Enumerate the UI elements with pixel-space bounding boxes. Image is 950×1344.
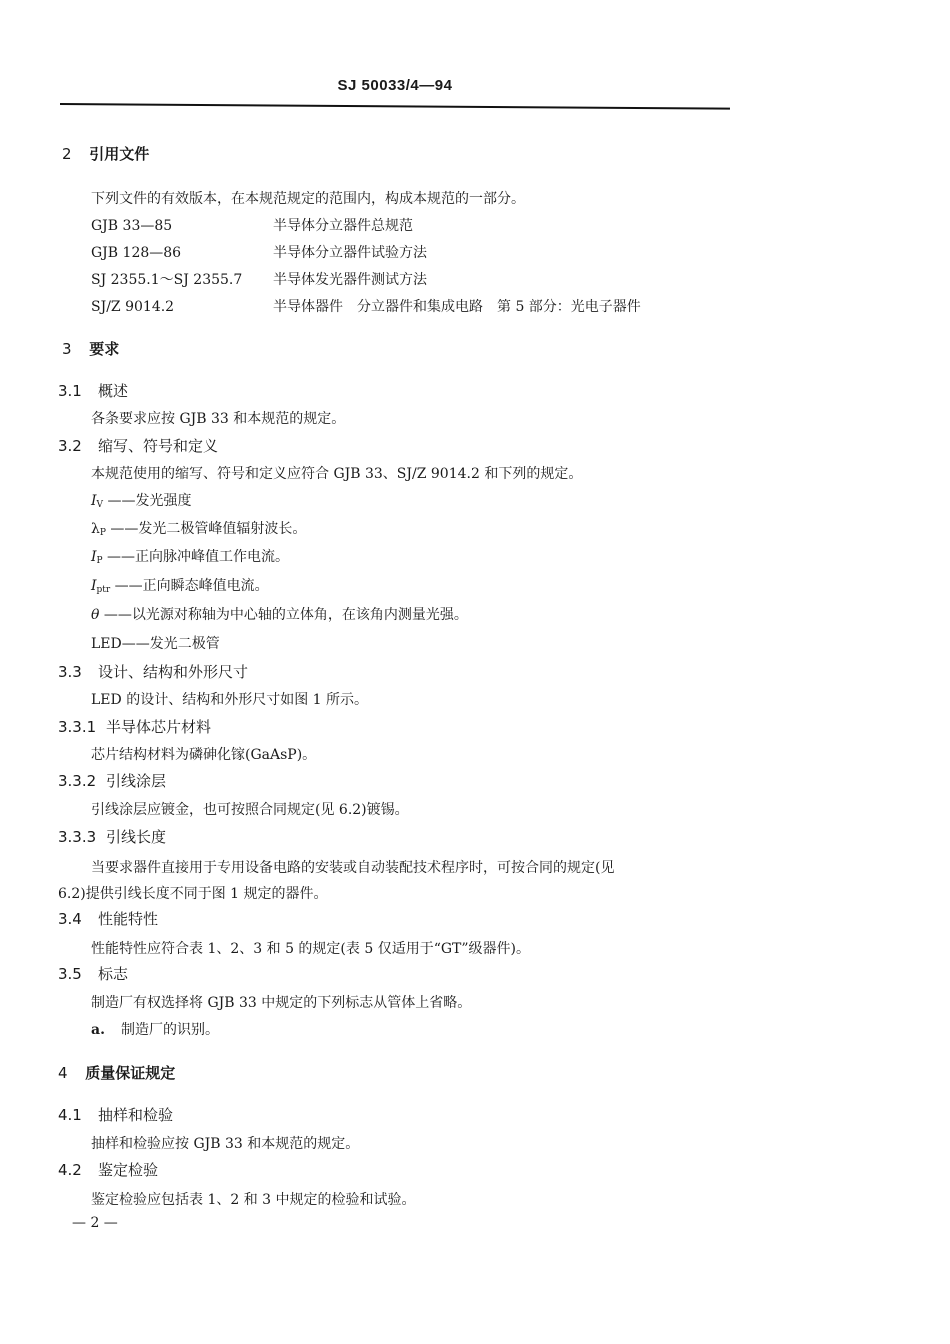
subsection-3-2-text: 本规范使用的缩写、符号和定义应符合 GJB 33、SJ/Z 9014.2 和下列… (91, 463, 582, 483)
subsection-title: 概述 (98, 382, 128, 400)
reference-code: SJ/Z 9014.2 (91, 299, 273, 315)
reference-code: GJB 33—85 (91, 218, 273, 234)
definition-row: IV ——发光强度 (91, 490, 191, 510)
definition-row: IP ——正向脉冲峰值工作电流。 (91, 546, 289, 566)
list-item: a.制造厂的识别。 (91, 1019, 219, 1039)
subsection-4-2-text: 鉴定检验应包括表 1、2 和 3 中规定的检验和试验。 (91, 1189, 416, 1209)
reference-row: SJ 2355.1～SJ 2355.7半导体发光器件测试方法 (91, 269, 427, 289)
subsection-number: 3.1 (58, 382, 98, 400)
definition-description: ——正向瞬态峰值电流。 (115, 578, 269, 594)
section-number: 3 (62, 340, 84, 358)
subsection-3-3-3-text-line2: 6.2)提供引线长度不同于图 1 规定的器件。 (58, 883, 328, 903)
reference-title: 半导体分立器件试验方法 (273, 245, 427, 261)
subsection-title: 鉴定检验 (98, 1161, 158, 1179)
subsection-number: 3.3 (58, 663, 98, 681)
definition-description: ——以光源对称轴为中心轴的立体角，在该角内测量光强。 (104, 607, 468, 623)
subsection-title: 性能特性 (98, 910, 158, 928)
subsection-4-2-heading: 4.2鉴定检验 (58, 1159, 158, 1180)
subsection-3-3-text: LED 的设计、结构和外形尺寸如图 1 所示。 (91, 689, 368, 709)
subsection-3-3-heading: 3.3设计、结构和外形尺寸 (58, 661, 248, 682)
subsection-title: 标志 (98, 965, 128, 983)
definition-symbol: θ (91, 607, 99, 623)
subsection-number: 3.5 (58, 965, 98, 983)
document-code-header: SJ 50033/4—94 (0, 77, 790, 94)
subsection-3-3-3-text-line1: 当要求器件直接用于专用设备电路的安装或自动装配技术程序时，可按合同的规定(见 (91, 857, 614, 877)
section-title: 引用文件 (89, 145, 149, 163)
definition-symbol: LED (91, 636, 122, 652)
section-2-intro: 下列文件的有效版本，在本规范规定的范围内，构成本规范的一部分。 (91, 188, 525, 208)
section-number: 2 (62, 145, 84, 163)
subsection-number: 3.2 (58, 437, 98, 455)
definition-row: Iptr ——正向瞬态峰值电流。 (91, 575, 269, 595)
subsection-number: 3.4 (58, 910, 98, 928)
subsection-title: 半导体芯片材料 (106, 718, 211, 736)
section-number: 4 (58, 1064, 80, 1082)
reference-title: 半导体发光器件测试方法 (273, 272, 427, 288)
list-item-text: 制造厂的识别。 (121, 1022, 219, 1038)
reference-title: 半导体分立器件总规范 (273, 218, 413, 234)
definition-description: ——发光二极管 (122, 636, 220, 652)
subsection-number: 3.3.2 (58, 772, 106, 790)
subsection-3-4-text: 性能特性应符合表 1、2、3 和 5 的规定(表 5 仅适用于“GT”级器件)。 (91, 938, 530, 958)
subsection-3-5-heading: 3.5标志 (58, 963, 128, 984)
reference-title: 半导体器件 分立器件和集成电路 第 5 部分：光电子器件 (273, 299, 641, 315)
subsection-3-4-heading: 3.4性能特性 (58, 908, 158, 929)
definition-row: LED——发光二极管 (91, 633, 220, 653)
reference-code: GJB 128—86 (91, 245, 273, 261)
definition-description: ——发光二极管峰值辐射波长。 (110, 521, 306, 537)
reference-row: GJB 33—85半导体分立器件总规范 (91, 215, 413, 235)
subsection-number: 4.1 (58, 1106, 98, 1124)
subsection-3-3-3-heading: 3.3.3引线长度 (58, 826, 166, 847)
definition-description: ——发光强度 (107, 493, 191, 509)
subsection-title: 引线长度 (106, 828, 166, 846)
subsection-4-1-text: 抽样和检验应按 GJB 33 和本规范的规定。 (91, 1133, 359, 1153)
definition-row: λP ——发光二极管峰值辐射波长。 (91, 518, 306, 538)
subsection-3-5-text: 制造厂有权选择将 GJB 33 中规定的下列标志从管体上省略。 (91, 992, 471, 1012)
subsection-3-3-2-heading: 3.3.2引线涂层 (58, 770, 166, 791)
subsection-3-3-1-text: 芯片结构材料为磷砷化镓(GaAsP)。 (91, 744, 316, 764)
definition-subscript: P (100, 528, 106, 538)
definition-subscript: V (97, 500, 104, 510)
reference-row: GJB 128—86半导体分立器件试验方法 (91, 242, 427, 262)
definition-row: θ ——以光源对称轴为中心轴的立体角，在该角内测量光强。 (91, 604, 468, 624)
subsection-title: 引线涂层 (106, 772, 166, 790)
subsection-3-1-text: 各条要求应按 GJB 33 和本规范的规定。 (91, 408, 345, 428)
page-number: — 2 — (72, 1215, 118, 1231)
subsection-title: 缩写、符号和定义 (98, 437, 218, 455)
subsection-number: 3.3.1 (58, 718, 106, 736)
definition-description: ——正向脉冲峰值工作电流。 (107, 549, 289, 565)
section-2-heading: 2 引用文件 (62, 143, 149, 164)
subsection-number: 3.3.3 (58, 828, 106, 846)
reference-code: SJ 2355.1～SJ 2355.7 (91, 269, 273, 289)
section-title: 质量保证规定 (85, 1064, 175, 1082)
definition-subscript: P (97, 556, 103, 566)
subsection-3-3-2-text: 引线涂层应镀金，也可按照合同规定(见 6.2)镀锡。 (91, 799, 409, 819)
list-item-label: a. (91, 1022, 121, 1038)
subsection-title: 设计、结构和外形尺寸 (98, 663, 248, 681)
section-title: 要求 (89, 340, 119, 358)
reference-row: SJ/Z 9014.2半导体器件 分立器件和集成电路 第 5 部分：光电子器件 (91, 296, 641, 316)
subsection-3-2-heading: 3.2缩写、符号和定义 (58, 435, 218, 456)
header-rule-divider (60, 103, 730, 110)
subsection-title: 抽样和检验 (98, 1106, 173, 1124)
definition-subscript: ptr (97, 585, 111, 595)
section-4-heading: 4 质量保证规定 (58, 1062, 175, 1083)
subsection-number: 4.2 (58, 1161, 98, 1179)
subsection-3-3-1-heading: 3.3.1半导体芯片材料 (58, 716, 211, 737)
subsection-3-1-heading: 3.1概述 (58, 380, 128, 401)
definition-symbol: λ (91, 521, 100, 537)
subsection-4-1-heading: 4.1抽样和检验 (58, 1104, 173, 1125)
section-3-heading: 3 要求 (62, 338, 119, 359)
